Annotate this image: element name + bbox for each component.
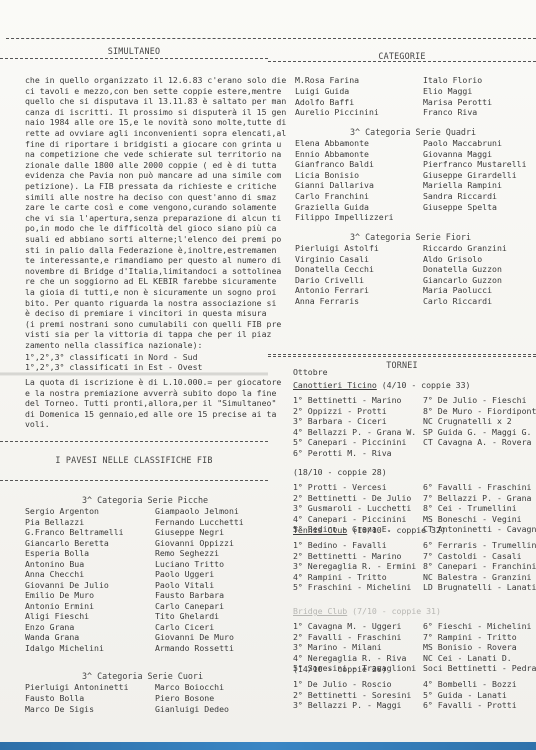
club-name: Tennis Club [293,525,347,535]
member-name: Sandra Riccardi [423,191,497,201]
member-name: Anna Checchi [25,569,84,579]
tournament-info: (18/10 - coppie 28) [293,467,387,477]
member-name: Gianfranco Baldi [295,159,374,169]
result-row: 5° Canepari - Piccinini [293,437,406,447]
result-row: CT Cavagna A. - Rovera L. [423,437,536,447]
tournament-header: (18/10 - coppie 28) [293,467,387,477]
member-name: Emilio De Muro [25,590,94,600]
paragraph-line: petizione). La FIB pressata da richieste… [25,181,276,191]
result-row: LD Brugnatelli - Lanati [423,582,536,592]
member-name: Giovanna Maggi [423,149,492,159]
member-name: Mariella Rampini [423,180,502,190]
tournament-info: (4/10 - coppie 33) [377,380,471,390]
member-name: Antonino Bua [25,559,84,569]
paragraph-line: suali ed abbiano sorti alterne;l'elenco … [25,234,281,244]
member-name: Filippo Impellizzeri [295,212,394,222]
result-row: 8° Cei - Trumellini [423,503,517,513]
club-name: Canottieri Ticino [293,380,377,390]
paragraph-line: sti in palio dalla Federazione è,inoltre… [25,245,276,255]
member-name: Riccardo Granzini [423,243,507,253]
divider [268,38,536,39]
member-name: Antonio Ferrari [295,285,369,295]
member-name: Pierluigi Astolfi [295,243,379,253]
month-label: Ottobre [293,367,328,377]
result-row: 3° Gusmaroli - Lucchetti [293,503,411,513]
tournament-header: Bridge Club (7/10 - coppie 31) [293,606,441,616]
paragraph-line: zare le carte così e come vengono,curand… [25,202,276,212]
result-row: 6° Ferraris - Trumellini [423,540,536,550]
tournament-info: (10/10 - coppie 32) [347,525,446,535]
member-name: Enzo Grana [25,622,74,632]
member-name: Giovanni Oppizzi [155,538,234,548]
club-name: Bridge Club [293,606,347,616]
paragraph-line: po,in modo che le difficoltà del gioco s… [25,223,276,233]
member-name: Giovanni De Muro [155,632,234,642]
result-row: 4° Bombelli - Bozzi [423,679,517,689]
divider [6,38,266,39]
result-row: MS Boneschi - Vegini [423,514,522,524]
paragraph-line: (i premi nostrani sono cumulabili con qu… [25,319,281,329]
member-name: Giampaolo Jelmoni [155,506,239,516]
member-name: Luigi Guida [295,86,349,96]
divider [268,354,536,355]
member-name: Marisa Perotti [423,97,492,107]
tournament-header: Canottieri Ticino (4/10 - coppie 33) [293,380,470,390]
member-name: Franco Riva [423,107,477,117]
result-row: 2° Bettinetti - De Julio [293,493,411,503]
member-name: Italo Florio [423,75,482,85]
member-name: Gianni Dallariva [295,180,374,190]
member-name: Paolo Uggeri [155,569,214,579]
member-name: Gianluigi Dedeo [155,704,229,714]
member-name: Carlo Franchini [295,191,369,201]
result-row: 4° Canepari - Piccinini [293,514,406,524]
result-row: 2° Bettinetti - Marino [293,551,401,561]
paragraph-line: ci tavoli e mezzo,con ben sette coppie e… [25,86,281,96]
member-name: Pia Bellazzi [25,517,84,527]
member-name: Virginio Casali [295,254,369,264]
paragraph-line: la gioia di tutti,e non è sicuramente un… [25,287,276,297]
category-title-picche: 3^ Categoria Serie Picche [82,495,208,505]
member-name: Marco De Sigis [25,704,94,714]
member-name: Fernando Lucchetti [155,517,244,527]
member-name: Antonio Ermini [25,601,94,611]
member-name: Pierfranco Mustarelli [423,159,527,169]
divider [0,441,268,442]
category-title-cuori: 3^ Categoria Serie Cuori [82,671,203,681]
result-row: 1° Bettinetti - Marino [293,395,401,405]
paragraph-line: che vi sia l'apertura,senza preparazione… [25,213,281,223]
paragraph-line: visti sia per la vittoria di tappa che p… [25,329,271,339]
result-row: Soci Bettinetti - Pedrali [423,663,536,673]
member-name: Giuseppe Spelta [423,202,497,212]
paragraph-line: zionale dalle 1800 alle 2000 coppie ( ed… [25,160,276,170]
member-name: Idalgo Michelini [25,643,104,653]
paragraph-line: bito. Per quanto riguarda la nostra asso… [25,298,276,308]
paragraph-line: te interessante,e rimandiamo per questo … [25,255,281,265]
result-row: 4° Neregaglia R. - Riva [293,653,406,663]
member-name: Aligi Fieschi [25,611,89,621]
member-name: Tito Ghelardi [155,611,219,621]
result-row: 3° Neregaglia R. - Ermini [293,561,416,571]
member-name: Armando Rossetti [155,643,234,653]
member-name: Piero Bosone [155,693,214,703]
paragraph-line: quello che si disputava il 13.11.83 è sa… [25,96,286,106]
paragraph-line: re che un soggiorno ad EL KEBIR farebbe … [25,276,276,286]
result-row: 7° De Julio - Fieschi [423,395,527,405]
tournament-header: Tennis Club (10/10 - coppie 32) [293,525,446,535]
result-row: 1° De Julio - Roscio [293,679,392,689]
member-name: Dario Crivelli [295,275,364,285]
newsletter-page: SIMULTANEO che in quello organizzato il … [0,0,536,742]
paragraph-line: 1°,2°,3° classificati in Est - Ovest [25,362,202,372]
result-row: NC Balestra - Granzini [423,572,531,582]
member-name: Carlo Riccardi [423,296,492,306]
result-row: 3° Bellazzi P. - Maggi [293,700,401,710]
member-name: Donatella Cecchi [295,264,374,274]
member-name: Anna Ferraris [295,296,359,306]
scan-edge [0,742,536,750]
result-row: 6° Favalli - Protti [423,700,517,710]
member-name: Aurelio Piccinini [295,107,379,117]
paragraph-line: che in quello organizzato il 12.6.83 c'e… [25,75,286,85]
category-title-quadri: 3^ Categoria Serie Quadri [350,127,476,137]
result-row: 2° Favalli - Fraschini [293,632,401,642]
result-row: SP Guida G. - Maggi G. [423,427,531,437]
member-name: Pierluigi Antoninetti [25,682,129,692]
result-row: NC Crugnatelli x 2 [423,416,512,426]
member-name: Maria Paolucci [423,285,492,295]
tournament-info: (7/10 - coppie 31) [347,606,441,616]
member-name: Aldo Grisolo [423,254,482,264]
tournament-header: (14/10 - coppie 26) [293,664,387,674]
member-name: Marco Boiocchi [155,682,224,692]
result-row: 6° Favalli - Fraschini [423,482,531,492]
result-row: 7° Bellazzi P. - Grana W. [423,493,536,503]
member-name: Carlo Canepari [155,601,224,611]
paragraph-line: rette ad ovviare agli inconvenienti sopr… [25,128,286,138]
member-name: Ennio Abbamonte [295,149,369,159]
result-row: 3° Marino - Milani [293,642,382,652]
paper-fold [0,372,268,376]
divider [268,356,536,357]
member-name: Carlo Ciceri [155,622,214,632]
member-name: Sergio Argenton [25,506,99,516]
member-name: Elena Abbamonte [295,138,369,148]
result-row: 1° Cavagna M. - Uggeri [293,621,401,631]
result-row: 4° Bellazzi P. - Grana W. [293,427,416,437]
member-name: Giovanni De Julio [25,580,109,590]
paragraph-line: è deciso di premiare i vincitori in ques… [25,308,267,318]
section-title-simultaneo: SIMULTANEO [0,46,268,56]
member-name: Donatella Guzzon [423,264,502,274]
member-name: Fausto Bolla [25,693,84,703]
paragraph-line: evidenza che Pavia non può mancare ad un… [25,170,281,180]
member-name: Paolo Vitali [155,580,214,590]
member-name: Giancarlo Beretta [25,538,109,548]
member-name: Giancarlo Guzzon [423,275,502,285]
result-row: 1° Protti - Vercesi [293,482,387,492]
divider [268,61,536,62]
member-name: Elio Maggi [423,86,472,96]
result-row: 6° Fieschi - Michelini [423,621,531,631]
tournament-info: (14/10 - coppie 26) [293,664,387,674]
paragraph-line: zamento nella classifica nazionale): [25,340,202,350]
paragraph-line: canza di iscritti. Il prossimo si disput… [25,107,286,117]
paragraph-line: La quota di iscrizione è di L.10.000.= p… [25,377,281,387]
paragraph-line: voli. [25,419,50,429]
member-name: Licia Bonisio [295,170,359,180]
section-title-categorie: CATEGORIE [268,51,536,61]
paragraph-line: na competizione che vede schierate sul t… [25,149,281,159]
result-row: 6° Perotti M. - Riva [293,448,392,458]
member-name: Esperia Bolla [25,548,89,558]
result-row: 4° Rampini - Tritto [293,572,387,582]
section-title-classifiche: I PAVESI NELLE CLASSIFICHE FIB [0,455,268,465]
member-name: Adolfo Baffi [295,97,354,107]
divider [0,480,268,481]
paragraph-line: fine di riportare i bridgisti a giocare … [25,139,281,149]
result-row: MS Bonisio - Rovera [423,642,517,652]
member-name: Paolo Maccabruni [423,138,502,148]
member-name: Wanda Grana [25,632,79,642]
result-row: 2° Oppizzi - Protti [293,406,387,416]
member-name: M.Rosa Farina [295,75,359,85]
member-name: Giuseppe Negri [155,527,224,537]
result-row: NC Cei - Lanati D. [423,653,512,663]
member-name: Graziella Guida [295,202,369,212]
paragraph-line: simili alle nostre ha deciso con quest'a… [25,192,276,202]
member-name: G.Franco Beltramelli [25,527,124,537]
result-row: 5° Guida - Lanati [423,690,507,700]
category-title-fiori: 3^ Categoria Serie Fiori [350,232,471,242]
result-row: 1° Bedino - Favalli [293,540,387,550]
member-name: Giuseppe Girardelli [423,170,517,180]
paragraph-line: naio 1984 alle ore 15,e le novità sono m… [25,117,286,127]
result-row: 8° De Muro - Fiordiponti [423,406,536,416]
divider [0,58,268,59]
paragraph-line: 1°,2°,3° classificati in Nord - Sud [25,352,198,362]
result-row: 3° Barbara - Ciceri [293,416,387,426]
result-row: 7° Castoldi - Casali [423,551,522,561]
member-name: Fausto Barbara [155,590,224,600]
result-row: 2° Bettinetti - Soresini [293,690,411,700]
result-row: 8° Canepari - Franchini [423,561,536,571]
paragraph-line: di Domenica 15 gennaio,ed alle ore 15 pr… [25,409,276,419]
result-row: 5° Fraschini - Michelini [293,582,411,592]
member-name: Remo Seghezzi [155,548,219,558]
member-name: Luciano Tritto [155,559,224,569]
paragraph-line: e la nostra premiazione avverrà subito d… [25,388,276,398]
paragraph-line: novembre di Bridge d'Italia,limitandoci … [25,266,281,276]
paragraph-line: del Torneo. Tutti pronti,allora,per il "… [25,398,276,408]
result-row: 7° Rampini - Tritto [423,632,517,642]
